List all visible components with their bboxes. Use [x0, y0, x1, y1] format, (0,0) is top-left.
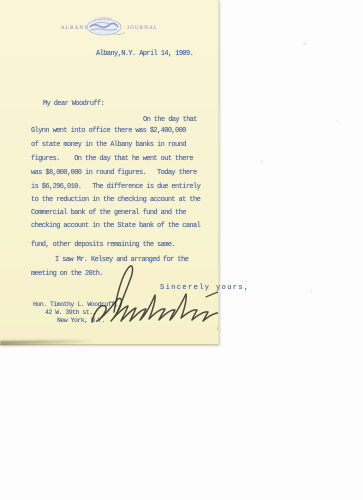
scan-speckle [260, 160, 263, 163]
typed-line-body-6: was $8,000,000 in round figures. Today t… [31, 170, 197, 177]
typed-line-body-10: checking account in the State bank of th… [31, 223, 200, 230]
typed-line-date-0: Albany,N.Y. April 14, 1909. [96, 51, 193, 58]
letterhead-journal-text: JOURNAL [127, 26, 158, 31]
typed-line-addr-15: Hon. Timothy L. Woodruff, [33, 302, 118, 309]
letter-paper: ALBANY EVENING JOURNAL Albany,N.Y. April… [0, 0, 219, 345]
typed-line-addr-17: New York, N.Y. [57, 318, 105, 325]
scan-speckle [310, 290, 313, 292]
typed-line-body-12: I saw Mr. Kelsey and arranged for the [55, 257, 188, 264]
typed-line-body-11: fund, other deposits remaining the same. [31, 242, 175, 249]
scanned-letter-page: ALBANY EVENING JOURNAL Albany,N.Y. April… [0, 0, 363, 500]
scan-speckle [303, 42, 307, 45]
typed-line-body-13: meeting on the 20th. [31, 271, 103, 278]
typed-line-body-3: Glynn went into office there was $2,400,… [31, 128, 186, 135]
letterhead-emblem-icon: EVENING [82, 12, 126, 38]
typed-line-body-8: to the reduction in the checking account… [31, 197, 200, 204]
typed-line-body-7: is $6,296,010. The difference is due ent… [31, 184, 200, 191]
typed-line-addr-16: 42 W. 39th st., [45, 310, 96, 317]
typed-line-body-4: of state money in the Albany banks in ro… [31, 142, 186, 149]
paper-edge-shadow [0, 339, 95, 345]
typed-line-body-1: My dear Woodruff: [43, 101, 104, 108]
typed-line-closing-14: Sincerely yours, [160, 285, 250, 292]
typed-line-body-9: Commercial bank of the general fund and … [31, 210, 186, 217]
typed-line-body-5: figures. On the day that he went out the… [31, 156, 193, 163]
typed-line-body-2: On the day that [143, 117, 197, 124]
scan-speckle [336, 120, 338, 122]
